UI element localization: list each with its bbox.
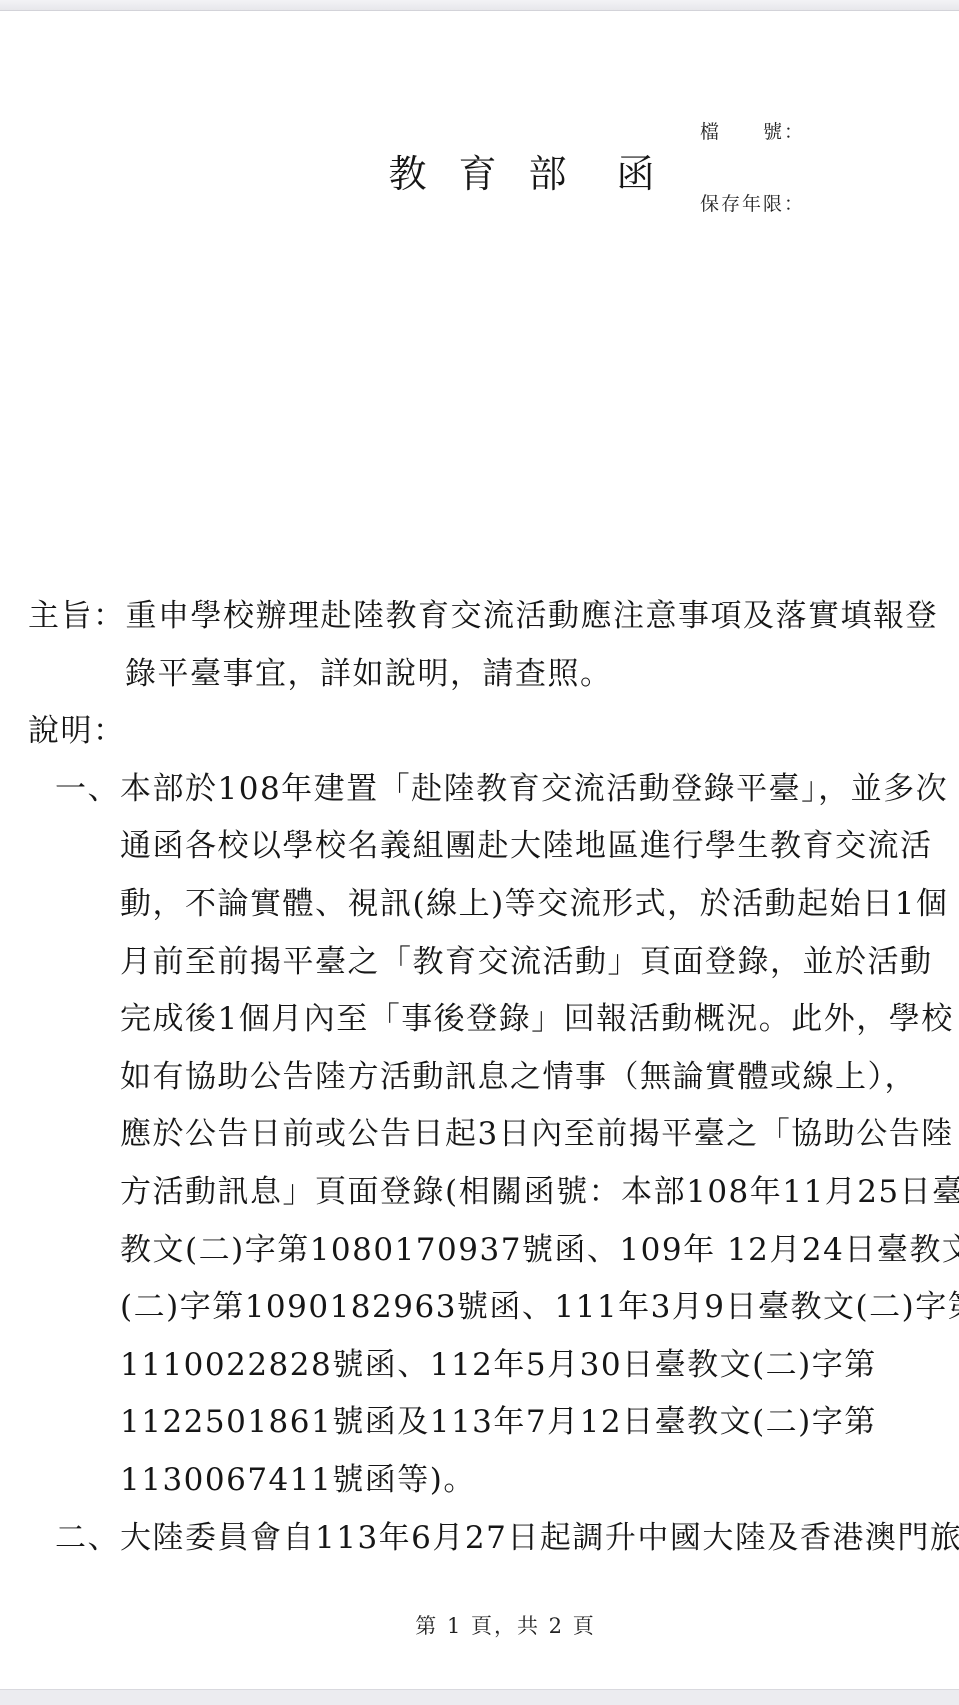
explanation-item-line: 二、大陸委員會自113年6月27日起調升中國大陸及香港澳門旅 bbox=[55, 1510, 943, 1568]
explanation-item-line: 月前至前揭平臺之「教育交流活動」頁面登錄，並於活動 bbox=[120, 934, 943, 992]
viewer-bottom-bar bbox=[0, 1689, 959, 1705]
explanation-item-line: 完成後1個月內至「事後登錄」回報活動概況。此外，學校 bbox=[120, 991, 943, 1049]
explanation-item-line: (二)字第1090182963號函、111年3月9日臺教文(二)字第 bbox=[120, 1279, 943, 1337]
item-marker: 二、 bbox=[55, 1520, 120, 1556]
explanation-item-line: 如有協助公告陸方活動訊息之情事（無論實體或線上）， bbox=[120, 1049, 943, 1107]
document-title: 教育部 函 bbox=[58, 143, 959, 198]
explanation-item-line: 方活動訊息」頁面登錄(相關函號：本部108年11月25日臺 bbox=[120, 1164, 943, 1222]
subject-line: 主旨：重申學校辦理赴陸教育交流活動應注意事項及落實填報登 bbox=[28, 588, 943, 646]
page-number-footer: 第 1 頁，共 2 頁 bbox=[26, 1610, 959, 1640]
item-text: 大陸委員會自113年6月27日起調升中國大陸及香港澳門旅 bbox=[120, 1520, 959, 1556]
explanation-item-line: 教文(二)字第1080170937號函、109年 12月24日臺教文 bbox=[120, 1222, 943, 1280]
item-marker: 一、 bbox=[55, 771, 120, 807]
explanation-item-line: 動，不論實體、視訊(線上)等交流形式，於活動起始日1個 bbox=[120, 876, 943, 934]
explanation-item-line: 應於公告日前或公告日起3日內至前揭平臺之「協助公告陸 bbox=[120, 1106, 943, 1164]
explanation-item-line: 1130067411號函等)。 bbox=[120, 1452, 943, 1510]
explanation-label: 說明： bbox=[28, 703, 943, 761]
explanation-item-line: 通函各校以學校名義組團赴大陸地區進行學生教育交流活 bbox=[120, 818, 943, 876]
file-number-label: 檔 號： bbox=[700, 120, 805, 144]
subject-label: 主旨： bbox=[28, 598, 126, 634]
explanation-item-line: 1122501861號函及113年7月12日臺教文(二)字第 bbox=[120, 1394, 943, 1452]
subject-text: 重申學校辦理赴陸教育交流活動應注意事項及落實填報登 bbox=[126, 598, 939, 634]
explanation-item-line: 一、本部於108年建置「赴陸教育交流活動登錄平臺」，並多次 bbox=[55, 761, 943, 819]
viewer-top-bar bbox=[0, 0, 959, 11]
item-text: 本部於108年建置「赴陸教育交流活動登錄平臺」，並多次 bbox=[120, 771, 948, 807]
document-viewer: 檔 號： 保存年限： 教育部 函 主旨：重申學校辦理赴陸教育交流活動應注意事項及… bbox=[0, 0, 959, 1705]
explanation-item-line: 1110022828號函、112年5月30日臺教文(二)字第 bbox=[120, 1337, 943, 1395]
document-body: 主旨：重申學校辦理赴陸教育交流活動應注意事項及落實填報登 錄平臺事宜，詳如說明，… bbox=[28, 588, 943, 1567]
subject-line: 錄平臺事宜，詳如說明，請查照。 bbox=[125, 646, 943, 704]
